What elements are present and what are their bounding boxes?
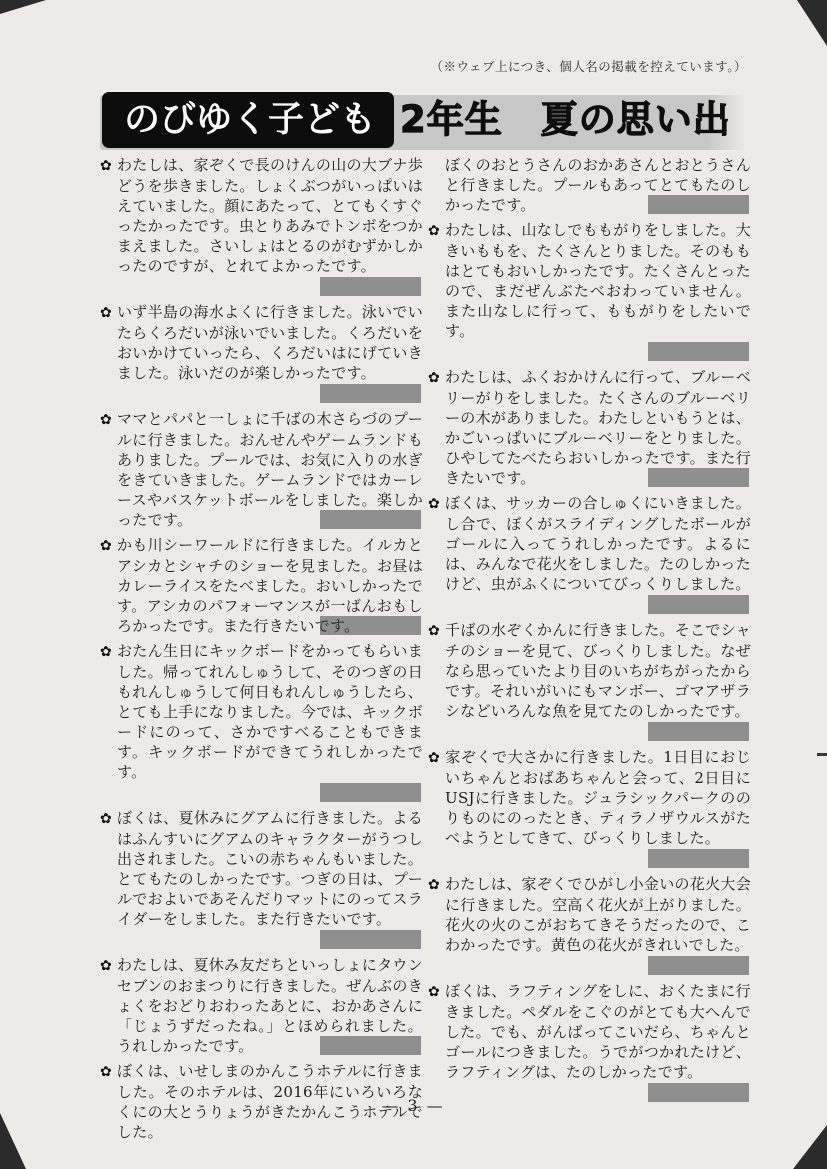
flower-bullet-icon: ✿ <box>428 368 445 388</box>
left-column: ✿わたしは、家ぞくで長のけんの山の大ブナ歩どうを歩きました。しょくぶつがいっぱい… <box>100 155 423 1148</box>
memory-entry: ✿千ばの水ぞくかんに行きました。そこでシャチのショーを見て、びっくりしました。な… <box>428 620 751 741</box>
entry-text: ✿ぼくは、ラフティングをしに、おくたまに行きました。ペダルをこぐのがとても大へん… <box>428 981 751 1082</box>
redacted-name-box <box>320 783 421 802</box>
flower-bullet-icon: ✿ <box>100 1062 117 1082</box>
entry-text: ✿ぼくは、サッカーの合しゅくにいきました。し合で、ぼくがスライディングしたボール… <box>428 493 751 594</box>
redacted-name-box <box>320 1036 421 1055</box>
scan-artifact-edge-mark <box>817 753 827 756</box>
memory-entry: ✿ママとパパと一しょに千ばの木さらづのプールに行きました。おんせんやゲームランド… <box>100 409 423 529</box>
flower-bullet-icon: ✿ <box>100 410 117 430</box>
flower-bullet-icon: ✿ <box>100 303 117 323</box>
memory-entry: ぼくのおとうさんのおかあさんとおとうさんと行きました。プールもあってとてもたのし… <box>428 155 751 214</box>
flower-bullet-icon: ✿ <box>100 536 117 556</box>
redacted-name-box <box>648 849 749 868</box>
entry-text: ✿わたしは、家ぞくで長のけんの山の大ブナ歩どうを歩きました。しょくぶつがいっぱい… <box>100 155 423 276</box>
flower-bullet-icon: ✿ <box>100 156 117 176</box>
flower-bullet-icon: ✿ <box>428 621 445 641</box>
redacted-name-box <box>320 930 421 949</box>
memory-entry: ✿ぼくは、夏休みにグアムに行きました。よるはふんすいにグアムのキャラクターがうつ… <box>100 808 423 949</box>
memory-entry: ✿わたしは、夏休み友だちといっしょにタウンセブンのおまつりに行きました。ぜんぶの… <box>100 955 423 1055</box>
flower-bullet-icon: ✿ <box>428 748 445 768</box>
redacted-name-box <box>648 468 749 487</box>
flower-bullet-icon: ✿ <box>100 956 117 976</box>
redacted-name-box <box>648 595 749 614</box>
memory-entry: ✿わたしは、山なしでももがりをしました。大きいももを、たくさんとりました。そのも… <box>428 220 751 361</box>
flower-bullet-icon: ✿ <box>428 982 445 1002</box>
redacted-name-box <box>648 956 749 975</box>
entry-text: ✿おたん生日にキックボードをかってもらいました。帰ってれんしゅうして、そのつぎの… <box>100 641 423 782</box>
redacted-name-box <box>648 195 749 214</box>
entry-text: ✿わたしは、山なしでももがりをしました。大きいももを、たくさんとりました。そのも… <box>428 220 751 341</box>
memory-entry: ✿家ぞくで大さかに行きました。1日目におじいちゃんとおばあちゃんと会って、2日目… <box>428 747 751 868</box>
flower-bullet-icon: ✿ <box>428 221 445 241</box>
right-column: ぼくのおとうさんのおかあさんとおとうさんと行きました。プールもあってとてもたのし… <box>428 155 751 1108</box>
title-banner: のびゆく子ども 2年生 夏の思い出 <box>100 92 746 150</box>
memory-entry: ✿ぼくは、サッカーの合しゅくにいきました。し合で、ぼくがスライディングしたボール… <box>428 493 751 614</box>
scan-artifact-corner-bottom-left <box>0 1113 26 1169</box>
privacy-note: （※ウェブ上につき、個人名の掲載を控えています。） <box>430 57 747 75</box>
flower-bullet-icon: ✿ <box>428 875 445 895</box>
issue-title: 2年生 夏の思い出 <box>400 98 731 142</box>
memory-entry: ✿わたしは、家ぞくでひがし小金いの花火大会に行きました。空高く花火が上がりました… <box>428 874 751 975</box>
redacted-name-box <box>320 277 421 296</box>
memory-entry: ✿わたしは、家ぞくで長のけんの山の大ブナ歩どうを歩きました。しょくぶつがいっぱい… <box>100 155 423 296</box>
redacted-name-box <box>648 342 749 361</box>
redacted-name-box <box>320 384 421 403</box>
memory-entry: ✿いず半島の海水よくに行きました。泳いでいたらくろだいが泳いでいました。くろだい… <box>100 302 423 403</box>
entry-text: ✿ぼくは、夏休みにグアムに行きました。よるはふんすいにグアムのキャラクターがうつ… <box>100 808 423 929</box>
flower-bullet-icon: ✿ <box>100 642 117 662</box>
memory-entry: ✿かも川シーワールドに行きました。イルカとアシカとシャチのショーを見ました。お昼… <box>100 535 423 635</box>
scan-artifact-corner-top-left <box>0 0 46 14</box>
scan-artifact-corner-top-right <box>797 0 827 46</box>
redacted-name-box <box>648 722 749 741</box>
scan-artifact-corner-bottom-right <box>793 1125 827 1169</box>
entry-text: ✿家ぞくで大さかに行きました。1日目におじいちゃんとおばあちゃんと会って、2日目… <box>428 747 751 848</box>
entry-text: ✿千ばの水ぞくかんに行きました。そこでシャチのショーを見て、びっくりしました。な… <box>428 620 751 721</box>
entry-text: ✿わたしは、家ぞくでひがし小金いの花火大会に行きました。空高く花火が上がりました… <box>428 874 751 955</box>
entry-text: ✿いず半島の海水よくに行きました。泳いでいたらくろだいが泳いでいました。くろだい… <box>100 302 423 383</box>
redacted-name-box <box>320 510 421 529</box>
flower-bullet-icon: ✿ <box>428 494 445 514</box>
newsletter-title: のびゆく子ども <box>110 99 390 141</box>
page-number: — 3 — <box>0 1096 827 1115</box>
memory-entry: ✿ぼくは、ラフティングをしに、おくたまに行きました。ペダルをこぐのがとても大へん… <box>428 981 751 1102</box>
memory-entry: ✿わたしは、ふくおかけんに行って、ブルーベリーがりをしました。たくさんのブルーベ… <box>428 367 751 487</box>
memory-entry: ✿おたん生日にキックボードをかってもらいました。帰ってれんしゅうして、そのつぎの… <box>100 641 423 802</box>
flower-bullet-icon: ✿ <box>100 809 117 829</box>
